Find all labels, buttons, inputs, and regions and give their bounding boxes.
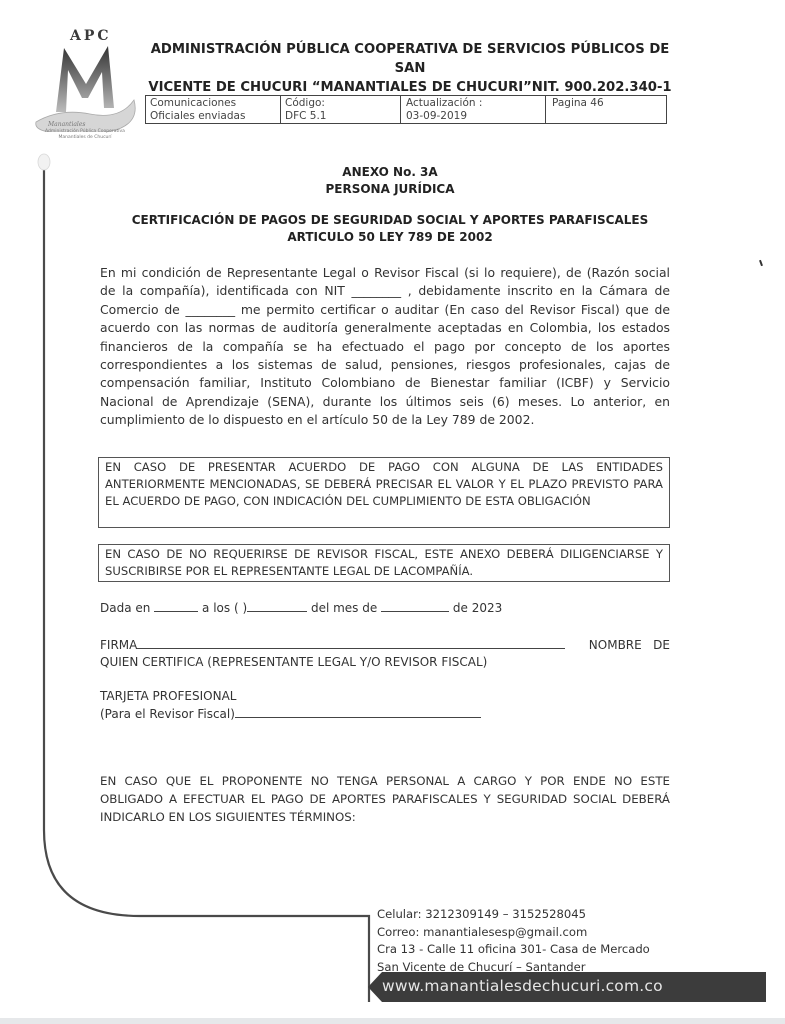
category-line2: Oficiales enviadas xyxy=(150,110,276,123)
professional-card-blank-field[interactable] xyxy=(235,705,481,718)
svg-text:Manantiales: Manantiales xyxy=(47,121,85,128)
scan-mark xyxy=(759,260,763,266)
page-number: Pagina 46 xyxy=(552,97,662,110)
place-blank-field[interactable] xyxy=(154,599,198,612)
professional-card-note: (Para el Revisor Fiscal) xyxy=(100,707,235,721)
company-logo: APC Manantiales Administración Pública C… xyxy=(30,24,140,152)
footer-address: Cra 13 - Calle 11 oficina 301- Casa de M… xyxy=(377,941,650,959)
certifier-label: QUIEN CERTIFICA (REPRESENTANTE LEGAL Y/O… xyxy=(100,654,670,671)
date-prefix-label: Dada en xyxy=(100,601,150,615)
category-line1: Comunicaciones xyxy=(150,97,276,110)
month-label: del mes de xyxy=(311,601,377,615)
footer-email[interactable]: Correo: manantialesesp@gmail.com xyxy=(377,924,650,942)
info-cell-page: Pagina 46 xyxy=(546,96,666,123)
professional-card-label: TARJETA PROFESIONAL xyxy=(100,688,670,705)
professional-card-block: TARJETA PROFESIONAL (Para el Revisor Fis… xyxy=(100,688,670,723)
logo-caption: Administración Pública Cooperativa Manan… xyxy=(30,129,140,141)
organization-title-line1: ADMINISTRACIÓN PÚBLICA COOPERATIVA DE SE… xyxy=(140,40,680,78)
code-label: Código: xyxy=(285,97,396,110)
certification-law: ARTICULO 50 LEY 789 DE 2002 xyxy=(100,229,680,246)
no-staff-paragraph: EN CASO QUE EL PROPONENTE NO TENGA PERSO… xyxy=(100,772,670,826)
document-info-table: Comunicaciones Oficiales enviadas Código… xyxy=(145,95,667,124)
website-link[interactable]: www.manantialesdechucuri.com.co xyxy=(382,977,663,995)
certification-heading: CERTIFICACIÓN DE PAGOS DE SEGURIDAD SOCI… xyxy=(100,212,680,246)
footer-phone: Celular: 3212309149 – 3152528045 xyxy=(377,906,650,924)
year-label: de 2023 xyxy=(453,601,502,615)
certification-paragraph: En mi condición de Representante Legal o… xyxy=(100,264,670,430)
annex-heading: ANEXO No. 3A PERSONA JURÍDICA xyxy=(100,164,680,198)
payment-agreement-notice: EN CASO DE PRESENTAR ACUERDO DE PAGO CON… xyxy=(98,457,670,528)
code-value: DFC 5.1 xyxy=(285,110,396,123)
update-label: Actualización : xyxy=(406,97,541,110)
day-label: a los ( ) xyxy=(202,601,247,615)
signature-blank-field[interactable] xyxy=(137,636,565,649)
day-blank-field[interactable] xyxy=(247,599,307,612)
name-label: NOMBRE DE xyxy=(589,637,670,654)
no-fiscal-reviewer-notice: EN CASO DE NO REQUERIRSE DE REVISOR FISC… xyxy=(98,544,670,582)
info-cell-code: Código: DFC 5.1 xyxy=(281,96,401,123)
page-bottom-edge xyxy=(0,1018,785,1024)
website-banner: www.manantialesdechucuri.com.co xyxy=(368,972,766,1002)
info-cell-category: Comunicaciones Oficiales enviadas xyxy=(146,96,281,123)
annex-subtitle: PERSONA JURÍDICA xyxy=(100,181,680,198)
organization-title: ADMINISTRACIÓN PÚBLICA COOPERATIVA DE SE… xyxy=(140,40,680,97)
info-cell-update: Actualización : 03-09-2019 xyxy=(401,96,546,123)
logo-m-icon: Manantiales xyxy=(30,42,140,132)
footer-contact: Celular: 3212309149 – 3152528045 Correo:… xyxy=(377,906,650,976)
date-line: Dada en a los ( ) del mes de de 2023 xyxy=(100,599,670,617)
signature-label: FIRMA xyxy=(100,638,137,652)
certification-title: CERTIFICACIÓN DE PAGOS DE SEGURIDAD SOCI… xyxy=(100,212,680,229)
update-date: 03-09-2019 xyxy=(406,110,541,123)
logo-caption-line2: Manantiales de Chucurí xyxy=(30,135,140,141)
annex-number: ANEXO No. 3A xyxy=(100,164,680,181)
signature-block: FIRMA NOMBRE DE QUIEN CERTIFICA (REPRESE… xyxy=(100,636,670,671)
month-blank-field[interactable] xyxy=(381,599,449,612)
